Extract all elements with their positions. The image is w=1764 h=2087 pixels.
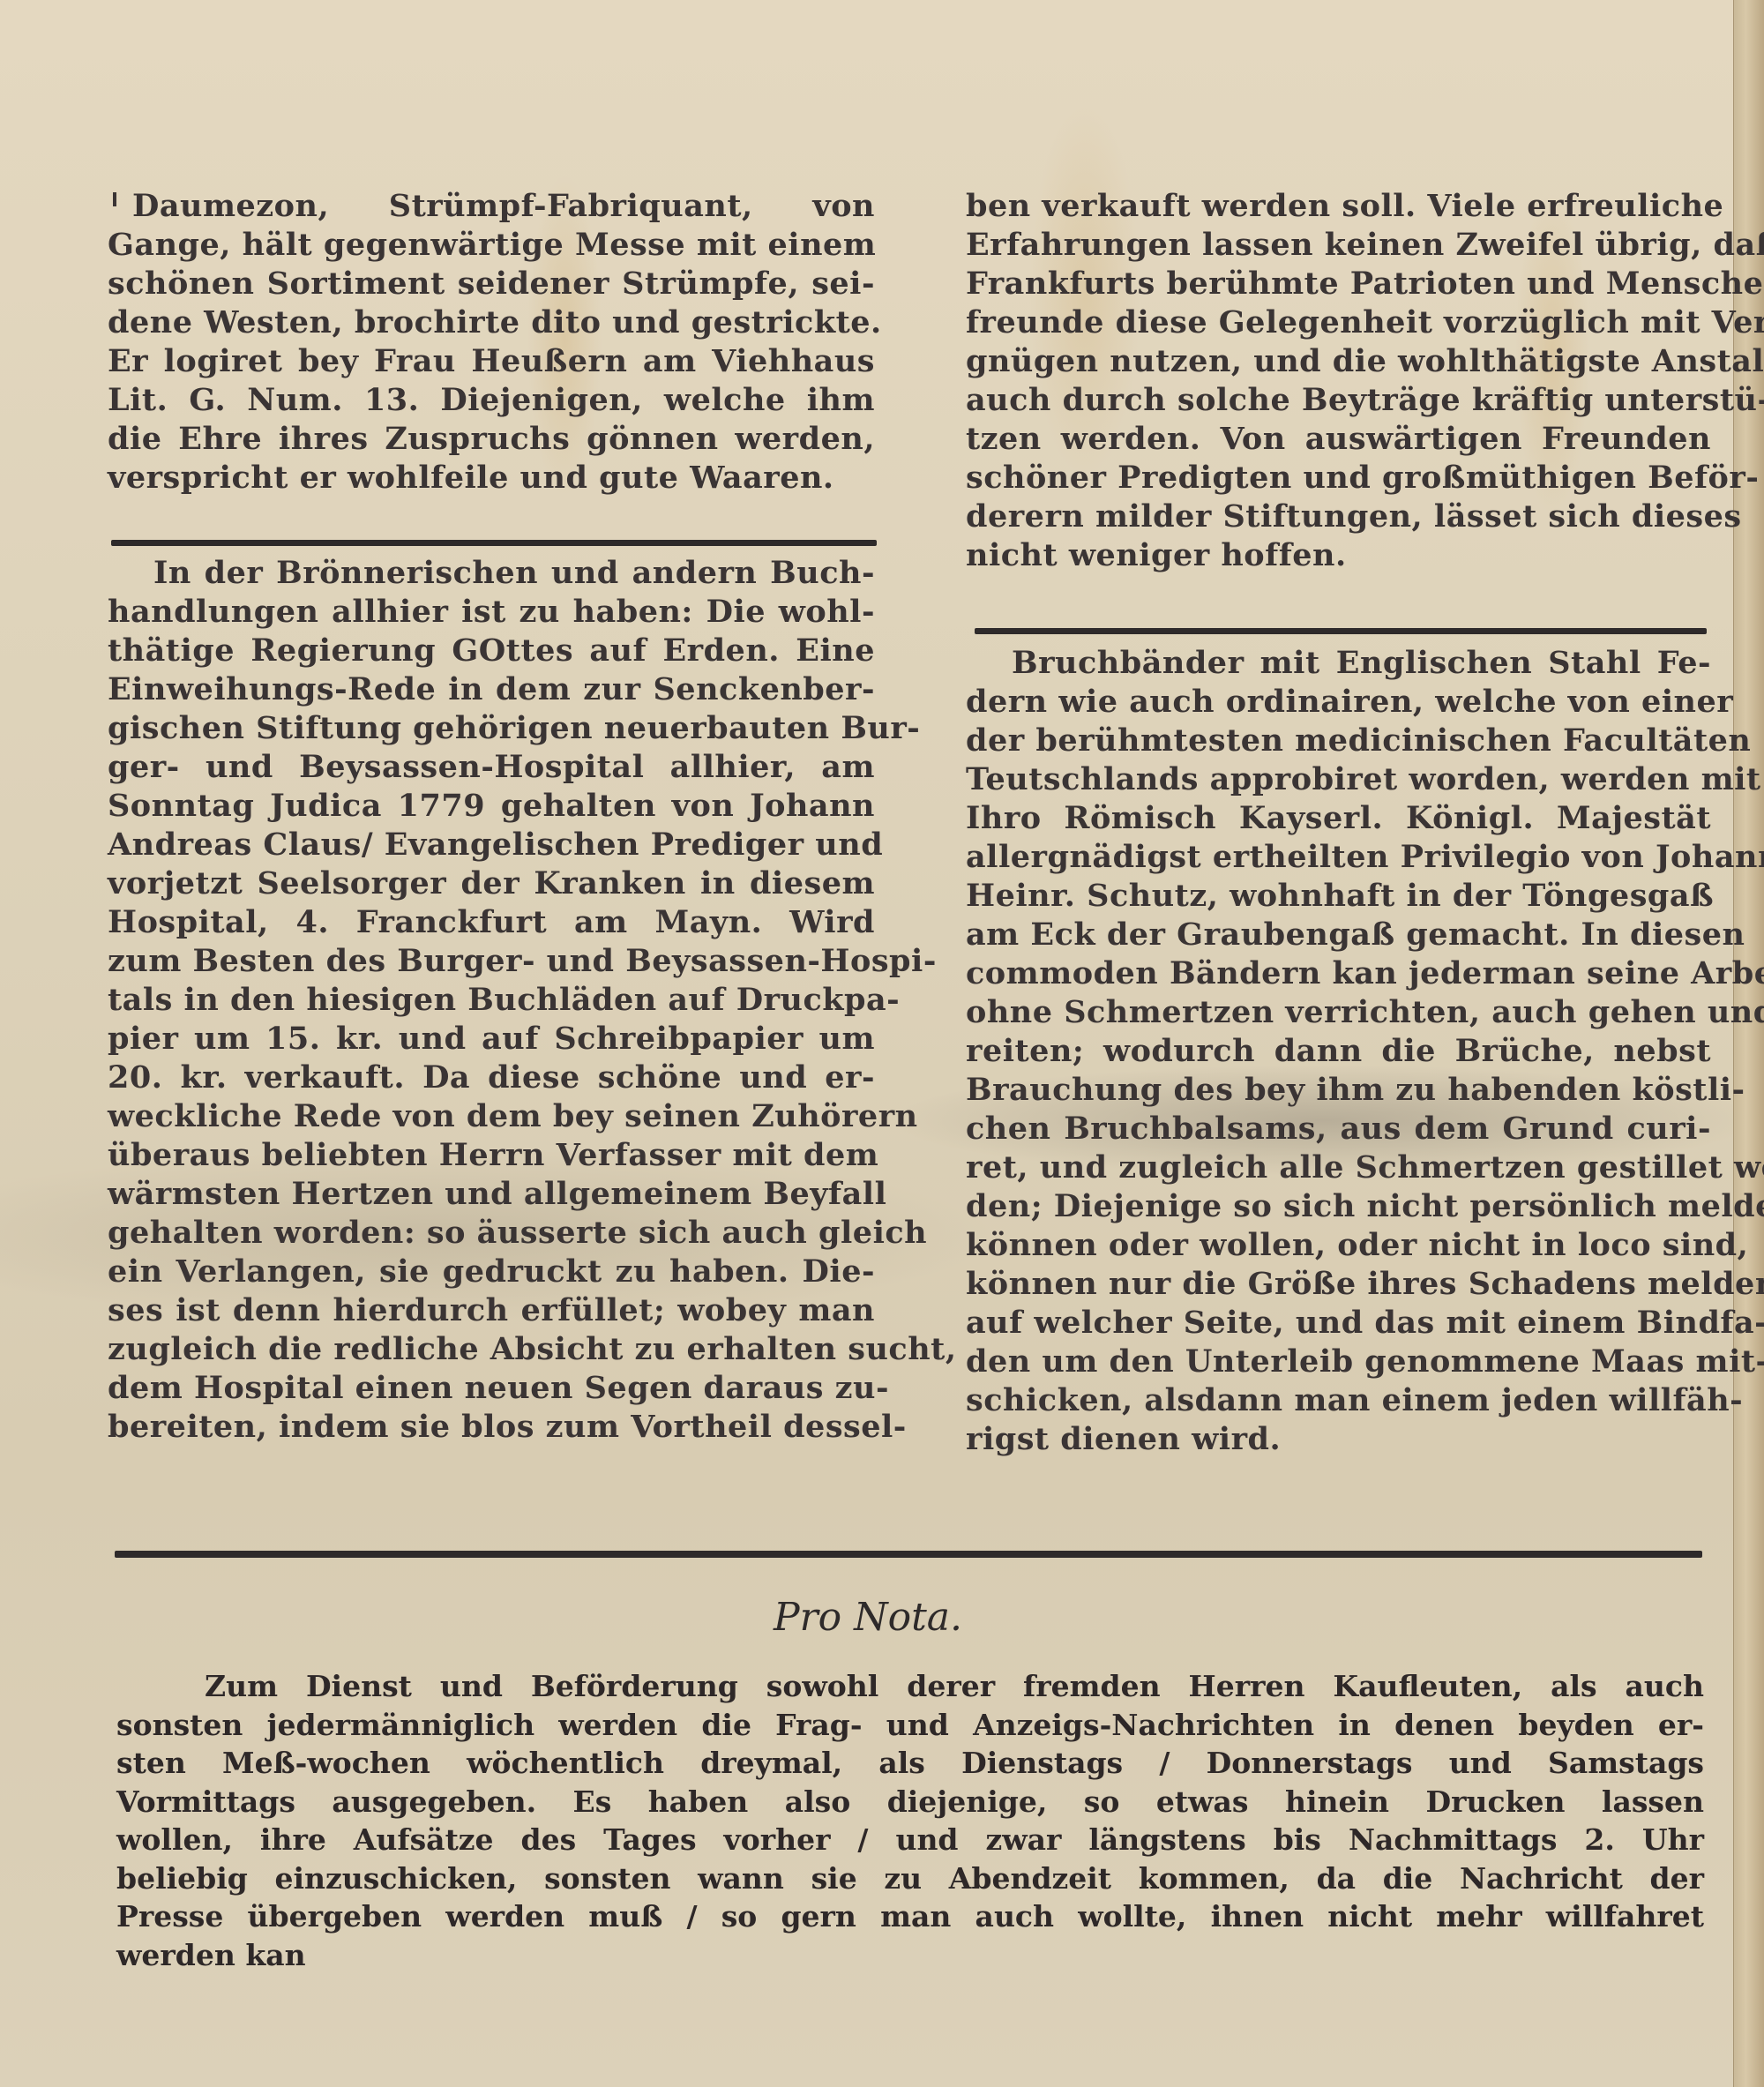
text-line: dene Westen, brochirte dito und gestrick… bbox=[108, 303, 875, 342]
text-line: Ihro Römisch Kayserl. Königl. Majestät bbox=[966, 799, 1711, 838]
text-line: ein Verlangen, sie gedruckt zu haben. Di… bbox=[108, 1253, 875, 1291]
text-line: dem Hospital einen neuen Segen daraus zu… bbox=[108, 1369, 875, 1408]
text-line: der berühmtesten medicinischen Facultäte… bbox=[966, 722, 1711, 760]
text-line: Presse übergeben werden muß / so gern ma… bbox=[116, 1897, 1704, 1936]
text-line: wärmsten Hertzen und allgemeinem Beyfall bbox=[108, 1175, 875, 1214]
text-line: den; Diejenige so sich nicht persönlich … bbox=[966, 1187, 1711, 1226]
text-line: gnügen nutzen, und die wohlthätigste Ans… bbox=[966, 342, 1711, 381]
text-line: ohne Schmertzen verrichten, auch gehen u… bbox=[966, 993, 1711, 1032]
text-line: Er logiret bey Frau Heußern am Viehhaus bbox=[108, 342, 875, 381]
text-line: bereiten, indem sie blos zum Vortheil de… bbox=[108, 1408, 875, 1447]
text-line: sonsten jedermänniglich werden die Frag-… bbox=[116, 1706, 1704, 1745]
text-line: am Eck der Graubengaß gemacht. In diesen bbox=[966, 916, 1711, 954]
text-line: auch durch solche Beyträge kräftig unter… bbox=[966, 381, 1711, 420]
text-line: Heinr. Schutz, wohnhaft in der Töngesgaß bbox=[966, 877, 1711, 916]
text-line: Zum Dienst und Beförderung sowohl derer … bbox=[116, 1667, 1704, 1706]
text-line: ses ist denn hierdurch erfüllet; wobey m… bbox=[108, 1291, 875, 1330]
text-line: vorjetzt Seelsorger der Kranken in diese… bbox=[108, 864, 875, 903]
advertisement-sermon-book-continued: ben verkauft werden soll. Viele erfreuli… bbox=[966, 187, 1711, 575]
text-line: tals in den hiesigen Buchläden auf Druck… bbox=[108, 981, 875, 1020]
text-line: Vormittags ausgegeben. Es haben also die… bbox=[116, 1783, 1704, 1821]
text-line: Daumezon, Strümpf-Fabriquant, von bbox=[108, 187, 875, 226]
text-line: Frankfurts berühmte Patrioten und Mensch… bbox=[966, 265, 1711, 303]
text-line: Lit. G. Num. 13. Diejenigen, welche ihm bbox=[108, 381, 875, 420]
text-line: können nur die Größe ihres Schadens meld… bbox=[966, 1265, 1711, 1304]
text-line: schöner Predigten und großmüthigen Beför… bbox=[966, 459, 1711, 497]
text-line: 20. kr. verkauft. Da diese schöne und er… bbox=[108, 1058, 875, 1097]
text-line: beliebig einzuschicken, sonsten wann sie… bbox=[116, 1859, 1704, 1898]
pro-nota-notice: Zum Dienst und Beförderung sowohl derer … bbox=[116, 1667, 1704, 1974]
text-line: thätige Regierung GOttes auf Erden. Eine bbox=[108, 632, 875, 670]
text-line: pier um 15. kr. und auf Schreibpapier um bbox=[108, 1020, 875, 1058]
column-divider-rule bbox=[111, 540, 877, 546]
section-divider-rule bbox=[115, 1551, 1702, 1558]
text-line: rigst dienen wird. bbox=[966, 1420, 1711, 1459]
advertisement-stocking-maker: Daumezon, Strümpf-Fabriquant, von Gange,… bbox=[108, 187, 875, 497]
text-line: verspricht er wohlfeile und gute Waaren. bbox=[108, 459, 875, 497]
text-line: handlungen allhier ist zu haben: Die woh… bbox=[108, 593, 875, 632]
column-divider-rule bbox=[975, 628, 1707, 634]
text-line: dern wie auch ordinairen, welche von ein… bbox=[966, 683, 1711, 722]
text-line: Gange, hält gegenwärtige Messe mit einem bbox=[108, 226, 875, 265]
text-line: ger- und Beysassen-Hospital allhier, am bbox=[108, 748, 875, 787]
text-line: Teutschlands approbiret worden, werden m… bbox=[966, 760, 1711, 799]
text-line: schicken, alsdann man einem jeden willfä… bbox=[966, 1381, 1711, 1420]
text-line: In der Brönnerischen und andern Buch- bbox=[108, 554, 875, 593]
text-line: freunde diese Gelegenheit vorzüglich mit… bbox=[966, 303, 1711, 342]
text-line: Brauchung des bey ihm zu habenden köstli… bbox=[966, 1071, 1711, 1110]
text-line: wollen, ihre Aufsätze des Tages vorher /… bbox=[116, 1821, 1704, 1859]
pro-nota-heading: Pro Nota. bbox=[0, 1595, 1736, 1640]
text-line: chen Bruchbalsams, aus dem Grund curi- bbox=[966, 1110, 1711, 1148]
text-line: tzen werden. Von auswärtigen Freunden bbox=[966, 420, 1711, 459]
text-line: Sonntag Judica 1779 gehalten von Johann bbox=[108, 787, 875, 826]
advertisement-sermon-book: In der Brönnerischen und andern Buch- ha… bbox=[108, 554, 875, 1447]
text-line: gischen Stiftung gehörigen neuerbauten B… bbox=[108, 709, 875, 748]
text-line: schönen Sortiment seidener Strümpfe, sei… bbox=[108, 265, 875, 303]
text-line: gehalten worden: so äusserte sich auch g… bbox=[108, 1214, 875, 1253]
text-line: den um den Unterleib genommene Maas mit- bbox=[966, 1343, 1711, 1381]
text-line: können oder wollen, oder nicht in loco s… bbox=[966, 1226, 1711, 1265]
advertisement-truss-bands: Bruchbänder mit Englischen Stahl Fe- der… bbox=[966, 644, 1711, 1459]
text-line: überaus beliebten Herrn Verfasser mit de… bbox=[108, 1136, 875, 1175]
text-line: commoden Bändern kan jederman seine Arbe… bbox=[966, 954, 1711, 993]
text-line: Erfahrungen lassen keinen Zweifel übrig,… bbox=[966, 226, 1711, 265]
text-line: auf welcher Seite, und das mit einem Bin… bbox=[966, 1304, 1711, 1343]
text-line: nicht weniger hoffen. bbox=[966, 536, 1711, 575]
text-line: die Ehre ihres Zuspruchs gönnen werden, bbox=[108, 420, 875, 459]
text-line: werden kan bbox=[116, 1936, 1704, 1975]
text-line: sten Meß-wochen wöchentlich dreymal, als… bbox=[116, 1744, 1704, 1783]
text-line: ben verkauft werden soll. Viele erfreuli… bbox=[966, 187, 1711, 226]
text-line: ret, und zugleich alle Schmertzen gestil… bbox=[966, 1148, 1711, 1187]
text-line: derern milder Stiftungen, lässet sich di… bbox=[966, 497, 1711, 536]
text-line: reiten; wodurch dann die Brüche, nebst bbox=[966, 1032, 1711, 1071]
text-line: Einweihungs-Rede in dem zur Senckenber- bbox=[108, 670, 875, 709]
text-line: allergnädigst ertheilten Privilegio von … bbox=[966, 838, 1711, 877]
text-line: zugleich die redliche Absicht zu erhalte… bbox=[108, 1330, 875, 1369]
text-line: weckliche Rede von dem bey seinen Zuhöre… bbox=[108, 1097, 875, 1136]
text-line: zum Besten des Burger- und Beysassen-Hos… bbox=[108, 942, 875, 981]
text-line: Bruchbänder mit Englischen Stahl Fe- bbox=[966, 644, 1711, 683]
text-line: Andreas Claus/ Evangelischen Prediger un… bbox=[108, 826, 875, 864]
text-line: Hospital, 4. Franckfurt am Mayn. Wird bbox=[108, 903, 875, 942]
